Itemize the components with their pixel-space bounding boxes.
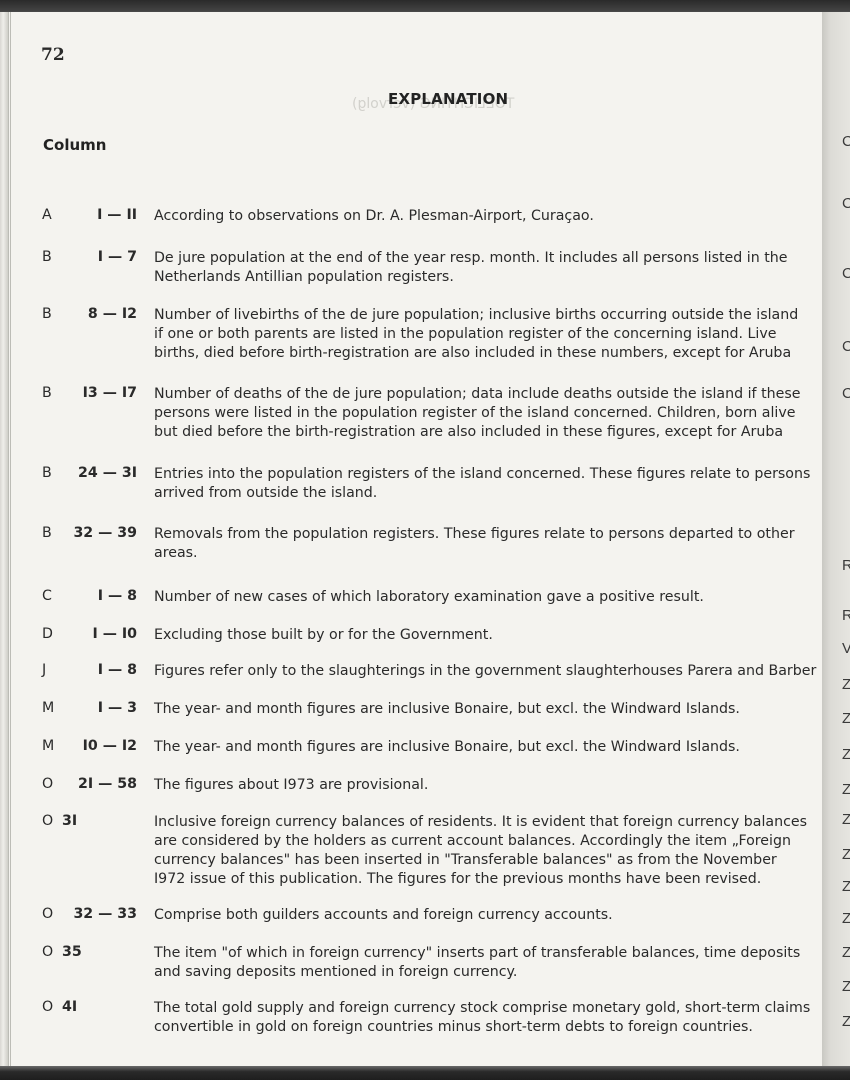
description-line: The year- and month figures are inclusiv… — [154, 738, 830, 757]
entry-description: Number of deaths of the de jure populati… — [154, 385, 830, 442]
entry-description: Removals from the population registers. … — [154, 525, 830, 563]
facing-page-margin-letter: Z — [842, 676, 850, 693]
description-line: Removals from the population registers. … — [154, 525, 830, 544]
column-range: I — 8 — [62, 588, 137, 604]
facing-page-margin-letter: Z — [842, 710, 850, 727]
facing-page-margin-letter: C — [842, 195, 850, 212]
facing-page-margin-letter: R — [842, 557, 850, 574]
description-line: and saving deposits mentioned in foreign… — [154, 963, 830, 982]
description-line: births, died before birth-registration a… — [154, 344, 830, 363]
description-line: Figures refer only to the slaughterings … — [154, 662, 830, 681]
description-line: areas. — [154, 544, 830, 563]
column-range: 2I — 58 — [62, 776, 137, 792]
description-line: De jure population at the end of the yea… — [154, 249, 830, 268]
facing-page-margin-letter: C — [842, 338, 850, 355]
section-letter: B — [42, 385, 52, 401]
facing-page-margin-letter: Z — [842, 781, 850, 798]
entry-description: Inclusive foreign currency balances of r… — [154, 813, 830, 889]
column-range: 3I — [62, 813, 137, 829]
column-heading: Column — [43, 136, 106, 154]
description-line: currency balances" has been inserted in … — [154, 851, 830, 870]
description-line: Number of livebirths of the de jure popu… — [154, 306, 830, 325]
description-line: Number of new cases of which laboratory … — [154, 588, 830, 607]
column-range: I — 8 — [62, 662, 137, 678]
column-range: 24 — 3I — [62, 465, 137, 481]
description-line: arrived from outside the island. — [154, 484, 830, 503]
entry-description: Entries into the population registers of… — [154, 465, 830, 503]
entry-description: The item "of which in foreign currency" … — [154, 944, 830, 982]
column-range: 32 — 33 — [62, 906, 137, 922]
section-letter: O — [42, 906, 53, 922]
facing-page-margin-letter: Z — [842, 1013, 850, 1030]
description-line: convertible in gold on foreign countries… — [154, 1018, 830, 1037]
section-letter: M — [42, 738, 54, 754]
column-range: 4I — [62, 999, 137, 1015]
entry-description: Number of livebirths of the de jure popu… — [154, 306, 830, 363]
facing-page-margin-letter: Z — [842, 910, 850, 927]
facing-page-margin-letter: Z — [842, 811, 850, 828]
description-line: I972 issue of this publication. The figu… — [154, 870, 830, 889]
description-line: Comprise both guilders accounts and fore… — [154, 906, 830, 925]
description-line: The figures about I973 are provisional. — [154, 776, 830, 795]
facing-page-margin-letter: Z — [842, 978, 850, 995]
description-line: Number of deaths of the de jure populati… — [154, 385, 830, 404]
description-line: but died before the birth-registration a… — [154, 423, 830, 442]
section-letter: B — [42, 249, 52, 265]
facing-page-margin-letter: Z — [842, 846, 850, 863]
column-range: 35 — [62, 944, 137, 960]
section-letter: O — [42, 999, 53, 1015]
column-range: I3 — I7 — [62, 385, 137, 401]
entry-description: Figures refer only to the slaughterings … — [154, 662, 830, 681]
entry-description: The figures about I973 are provisional. — [154, 776, 830, 795]
page-title: EXPLANATION — [388, 90, 508, 108]
column-range: I — 3 — [62, 700, 137, 716]
description-line: are considered by the holders as current… — [154, 832, 830, 851]
section-letter: B — [42, 465, 52, 481]
column-range: I — II — [62, 207, 137, 223]
description-line: Entries into the population registers of… — [154, 465, 830, 484]
description-line: The year- and month figures are inclusiv… — [154, 700, 830, 719]
page-number: 72 — [41, 45, 65, 65]
column-range: I — I0 — [62, 626, 137, 642]
section-letter: A — [42, 207, 52, 223]
description-line: Netherlands Antillian population registe… — [154, 268, 830, 287]
description-line: The item "of which in foreign currency" … — [154, 944, 830, 963]
scan-bottom-edge — [0, 1066, 850, 1080]
description-line: persons were listed in the population re… — [154, 404, 830, 423]
entry-description: Comprise both guilders accounts and fore… — [154, 906, 830, 925]
entry-description: The year- and month figures are inclusiv… — [154, 700, 830, 719]
entry-description: According to observations on Dr. A. Ples… — [154, 207, 830, 226]
section-letter: O — [42, 944, 53, 960]
entry-description: The year- and month figures are inclusiv… — [154, 738, 830, 757]
description-line: According to observations on Dr. A. Ples… — [154, 207, 830, 226]
section-letter: M — [42, 700, 54, 716]
facing-page-margin-letter: C — [842, 385, 850, 402]
description-line: if one or both parents are listed in the… — [154, 325, 830, 344]
section-letter: C — [42, 588, 52, 604]
facing-page-margin-letter: V — [842, 640, 850, 657]
column-range: 32 — 39 — [62, 525, 137, 541]
description-line: The total gold supply and foreign curren… — [154, 999, 830, 1018]
column-range: I — 7 — [62, 249, 137, 265]
facing-page-margin-letter: C — [842, 265, 850, 282]
entry-description: The total gold supply and foreign curren… — [154, 999, 830, 1037]
section-letter: J — [42, 662, 46, 678]
column-range: I0 — I2 — [62, 738, 137, 754]
entry-description: De jure population at the end of the yea… — [154, 249, 830, 287]
description-line: Excluding those built by or for the Gove… — [154, 626, 830, 645]
section-letter: O — [42, 813, 53, 829]
facing-page-margin-letter: R — [842, 607, 850, 624]
section-letter: B — [42, 525, 52, 541]
entry-description: Number of new cases of which laboratory … — [154, 588, 830, 607]
section-letter: D — [42, 626, 53, 642]
column-range: 8 — I2 — [62, 306, 137, 322]
description-line: Inclusive foreign currency balances of r… — [154, 813, 830, 832]
section-letter: O — [42, 776, 53, 792]
facing-page-margin-letter: Z — [842, 746, 850, 763]
entry-description: Excluding those built by or for the Gove… — [154, 626, 830, 645]
book-page-edge — [0, 12, 8, 1068]
facing-page-margin-letter: Z — [842, 878, 850, 895]
section-letter: B — [42, 306, 52, 322]
facing-page-margin-letter: C — [842, 133, 850, 150]
facing-page-margin-letter: Z — [842, 944, 850, 961]
